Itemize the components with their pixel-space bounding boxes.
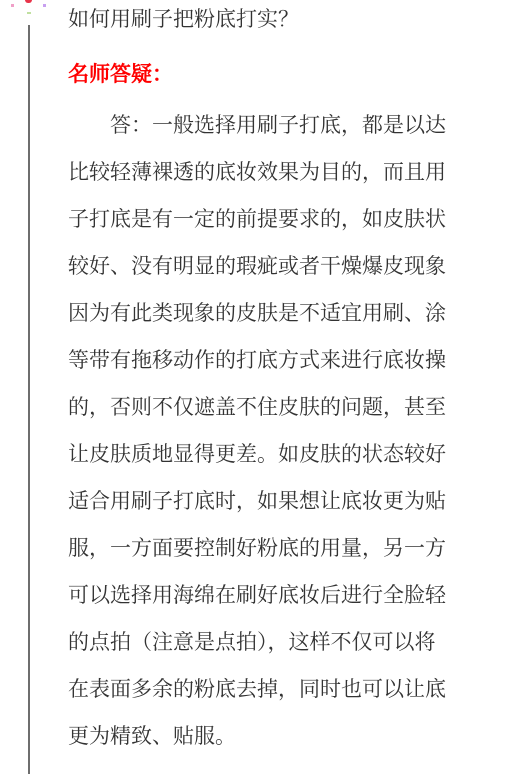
- body-line: 让皮肤质地显得更差。如皮肤的状态较好: [68, 439, 508, 486]
- body-line: 服，一方面要控制好粉底的用量，另一方: [68, 533, 508, 580]
- question-title: 如何用刷子把粉底打实？: [68, 4, 299, 34]
- body-line: 子打底是有一定的前提要求的，如皮肤状: [68, 204, 508, 251]
- body-line: 可以选择用海绵在刷好底妆后进行全脸轻: [68, 580, 508, 627]
- sparkle-icon: [11, 4, 14, 7]
- answer-body: 答：一般选择用刷子打底，都是以达 比较轻薄裸透的底妆效果为目的，而且用 子打底是…: [68, 110, 508, 768]
- sparkle-icon: [27, 12, 31, 14]
- body-line: 答：一般选择用刷子打底，都是以达: [68, 110, 508, 157]
- heart-icon: [25, 0, 32, 3]
- decorative-ornament-icon: [0, 0, 50, 20]
- body-line: 等带有拖移动作的打底方式来进行底妆操: [68, 345, 508, 392]
- body-line: 的，否则不仅遮盖不住皮肤的问题，甚至: [68, 392, 508, 439]
- body-line: 适合用刷子打底时，如果想让底妆更为贴: [68, 486, 508, 533]
- sparkle-icon: [43, 4, 46, 7]
- body-line: 更为精致、贴服。: [68, 721, 508, 768]
- body-line: 比较轻薄裸透的底妆效果为目的，而且用: [68, 157, 508, 204]
- body-line: 因为有此类现象的皮肤是不适宜用刷、涂: [68, 298, 508, 345]
- body-line: 在表面多余的粉底去掉，同时也可以让底: [68, 674, 508, 721]
- body-line: 的点拍（注意是点拍），这样不仅可以将: [68, 627, 508, 674]
- body-line: 较好、没有明显的瑕疵或者干燥爆皮现象: [68, 251, 508, 298]
- vertical-rule-divider: [28, 25, 30, 774]
- section-label: 名师答疑：: [68, 59, 173, 89]
